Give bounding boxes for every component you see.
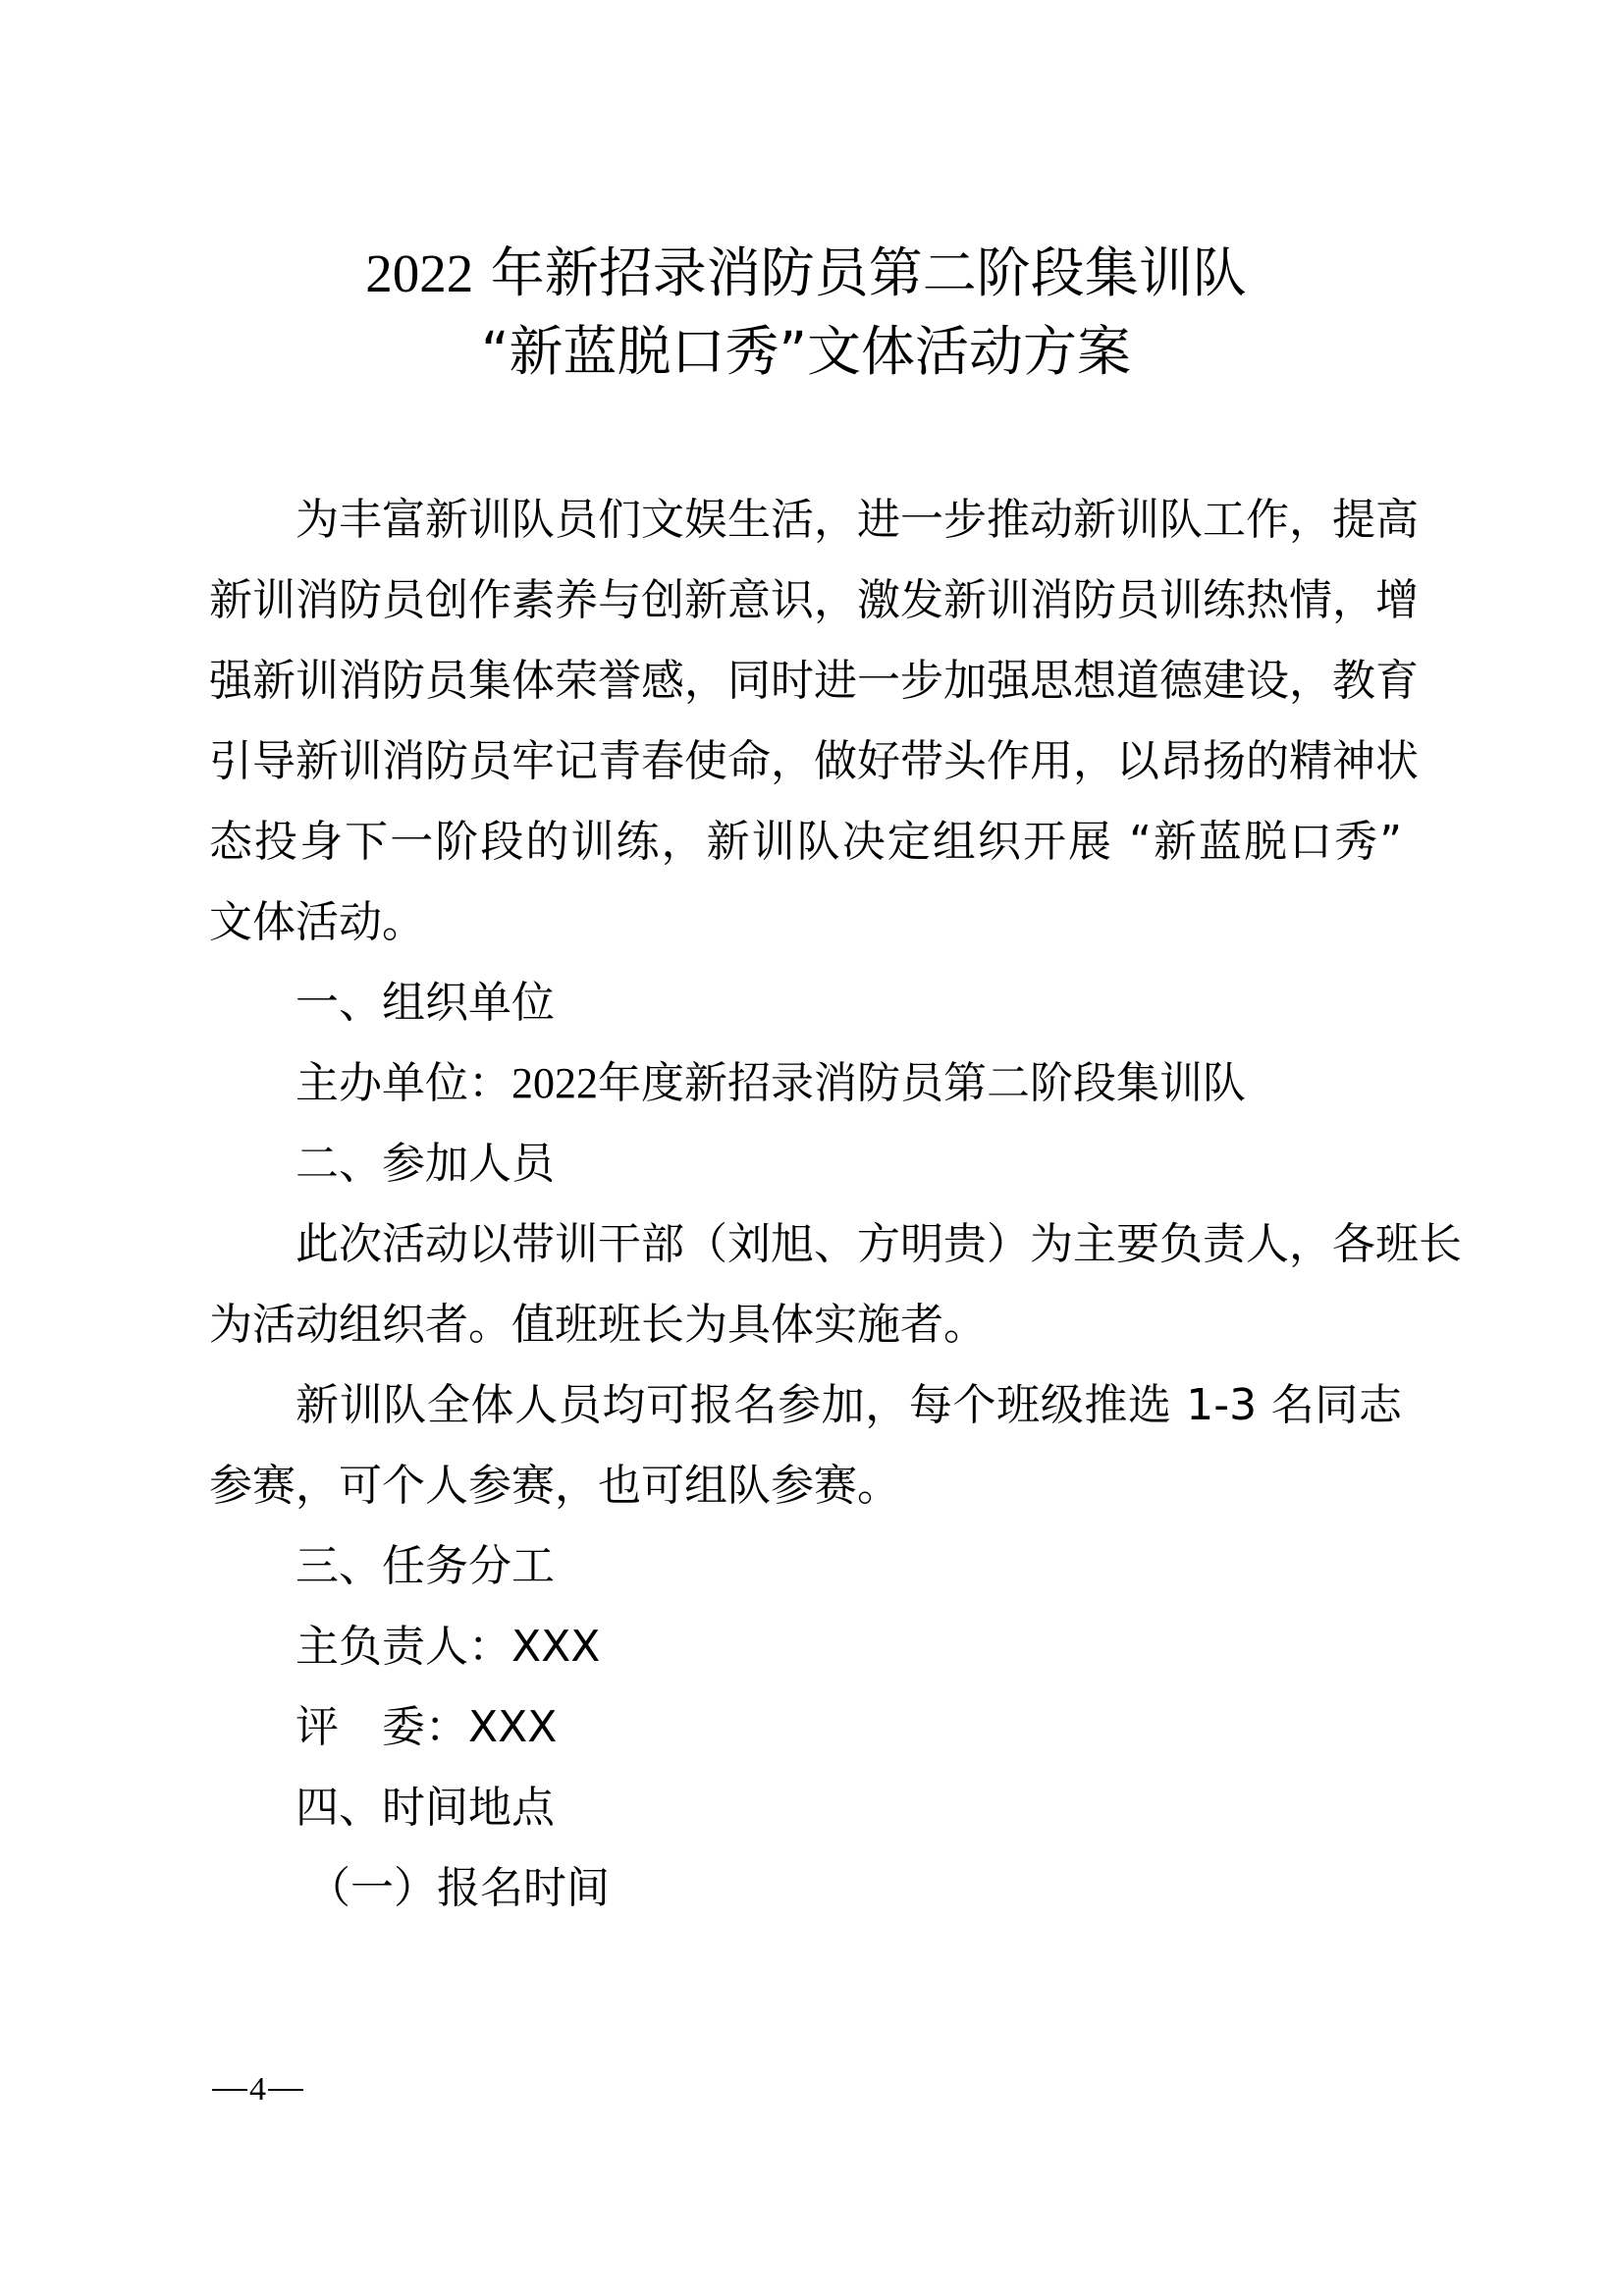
section-heading-organizer: 一、组织单位: [209, 970, 1402, 1050]
participants-para1-line: 此次活动以带训干部（刘旭、方明贵）为主要负责人，各班长: [209, 1211, 1402, 1292]
document-page: 2022 年新招录消防员第二阶段集训队 “新蓝脱口秀”文体活动方案 为丰富新训队…: [0, 0, 1612, 2296]
page-number-dash-right: [268, 2089, 303, 2091]
document-title-line-2: “新蓝脱口秀”文体活动方案: [0, 312, 1612, 391]
section-heading-time-place: 四、时间地点: [209, 1775, 1402, 1855]
intro-line: 文体活动。: [209, 889, 1402, 970]
page-number-dash-left: [212, 2089, 247, 2091]
intro-line: 强新训消防员集体荣誉感，同时进一步加强思想道德建设，教育: [209, 648, 1402, 728]
intro-line: 态投身下一阶段的训练，新训队决定组织开展 “新蓝脱口秀”: [209, 809, 1402, 889]
participants-para2-line: 新训队全体人员均可报名参加，每个班级推选 1-3 名同志: [209, 1372, 1402, 1453]
judge-value: XXX: [468, 1702, 557, 1752]
lead-line: 主负责人：XXX: [209, 1614, 1402, 1694]
host-unit-value: 年度新招录消防员第二阶段集训队: [598, 1058, 1246, 1108]
judge-line: 评 委：XXX: [209, 1694, 1402, 1775]
intro-line: 引导新训消防员牢记青春使命，做好带头作用，以昂扬的精神状: [209, 728, 1402, 809]
title-year: 2022: [365, 243, 473, 303]
subsection-registration-time: （一）报名时间: [209, 1855, 1402, 1936]
document-title-line-1: 2022 年新招录消防员第二阶段集训队: [0, 234, 1612, 313]
judge-label: 评 委：: [296, 1702, 468, 1752]
title-line-1-text: 年新招录消防员第二阶段集训队: [491, 241, 1247, 304]
lead-label: 主负责人：: [296, 1622, 511, 1672]
intro-line: 为丰富新训队员们文娱生活，进一步推动新训队工作，提高: [209, 487, 1402, 567]
host-unit-label: 主办单位：: [296, 1058, 511, 1108]
section-heading-tasks: 三、任务分工: [209, 1533, 1402, 1614]
participants-para2-line: 参赛，可个人参赛，也可组队参赛。: [209, 1453, 1402, 1533]
section-heading-participants: 二、参加人员: [209, 1131, 1402, 1211]
page-number: 4: [247, 2071, 268, 2109]
intro-line: 新训消防员创作素养与创新意识，激发新训消防员训练热情，增: [209, 567, 1402, 648]
host-unit-year: 2022: [511, 1059, 598, 1107]
document-body: 为丰富新训队员们文娱生活，进一步推动新训队工作，提高 新训消防员创作素养与创新意…: [209, 487, 1402, 1936]
host-unit-line: 主办单位：2022年度新招录消防员第二阶段集训队: [209, 1050, 1402, 1131]
lead-value: XXX: [511, 1622, 600, 1672]
page-footer: 4: [212, 2071, 303, 2109]
participants-para1-line: 为活动组织者。值班班长为具体实施者。: [209, 1292, 1402, 1372]
